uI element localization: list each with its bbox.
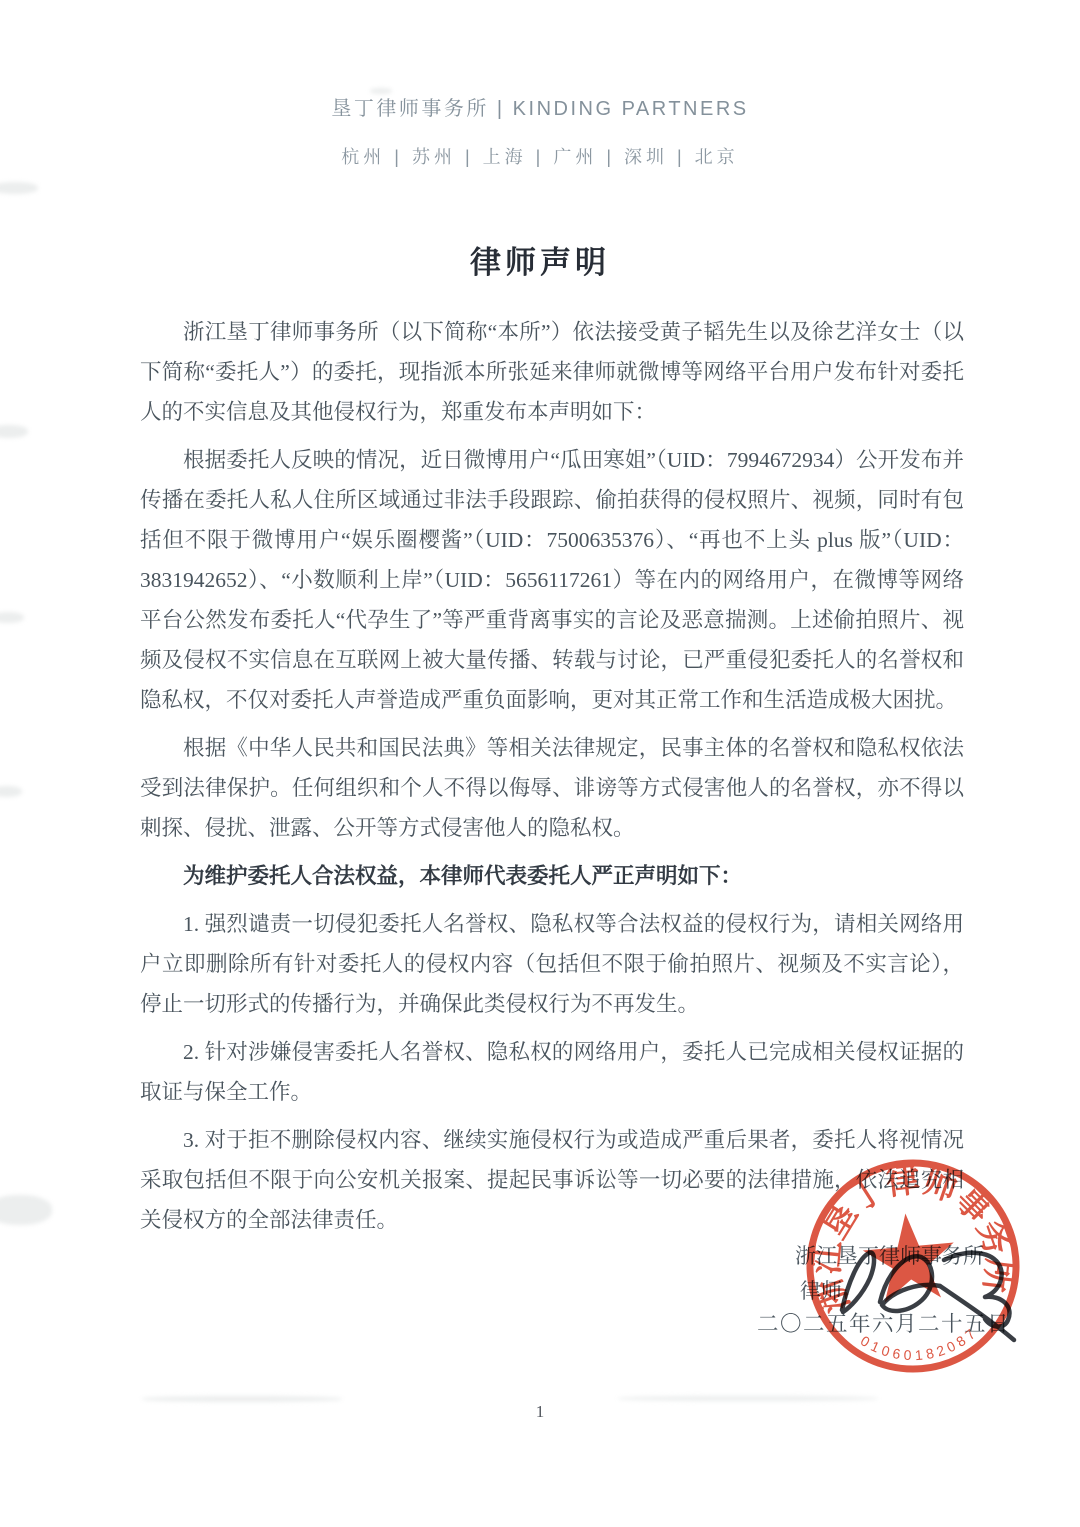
- letterhead: 垦丁律师事务所 | KINDING PARTNERS 杭州 | 苏州 | 上海 …: [0, 92, 1080, 169]
- page-number: 1: [0, 1402, 1080, 1422]
- scan-artifact: [370, 88, 392, 94]
- document-title: 律师声明: [0, 237, 1080, 282]
- declaration-item-1: 1. 强烈谴责一切侵犯委托人名誉权、隐私权等合法权益的侵权行为，请相关网络用户立…: [140, 904, 964, 1024]
- scan-artifact: [0, 425, 28, 438]
- document-body: 浙江垦丁律师事务所（以下简称“本所”）依法接受黄子韬先生以及徐艺洋女士（以下简称…: [140, 312, 964, 1248]
- declaration-item-2: 2. 针对涉嫌侵害委托人名誉权、隐私权的网络用户，委托人已完成相关侵权证据的取证…: [140, 1032, 964, 1112]
- paragraph-legal-basis: 根据《中华人民共和国民法典》等相关法律规定，民事主体的名誉权和隐私权依法受到法律…: [140, 728, 964, 848]
- scan-artifact: [618, 1396, 878, 1401]
- paragraph-intro: 浙江垦丁律师事务所（以下简称“本所”）依法接受黄子韬先生以及徐艺洋女士（以下简称…: [140, 312, 964, 432]
- signature-stroke-4: [940, 1286, 1014, 1340]
- scan-artifact: [0, 1195, 52, 1225]
- paragraph-facts: 根据委托人反映的情况，近日微博用户“瓜田寒姐”（UID：7994672934）公…: [140, 440, 964, 720]
- document-page: 垦丁律师事务所 | KINDING PARTNERS 杭州 | 苏州 | 上海 …: [0, 0, 1080, 1527]
- signature-stroke-3: [944, 1253, 1009, 1327]
- scan-artifact: [0, 612, 24, 623]
- signature-stroke-2: [880, 1256, 940, 1311]
- signature-stroke-1: [842, 1253, 874, 1312]
- declaration-heading: 为维护委托人合法权益，本律师代表委托人严正声明如下：: [140, 856, 964, 896]
- letterhead-cities: 杭州 | 苏州 | 上海 | 广州 | 深圳 | 北京: [0, 143, 1080, 169]
- scan-artifact: [0, 786, 22, 797]
- scan-artifact: [0, 182, 38, 194]
- scan-artifact: [142, 1396, 342, 1402]
- handwritten-signature: [828, 1238, 1033, 1350]
- letterhead-firm-name: 垦丁律师事务所 | KINDING PARTNERS: [0, 92, 1080, 121]
